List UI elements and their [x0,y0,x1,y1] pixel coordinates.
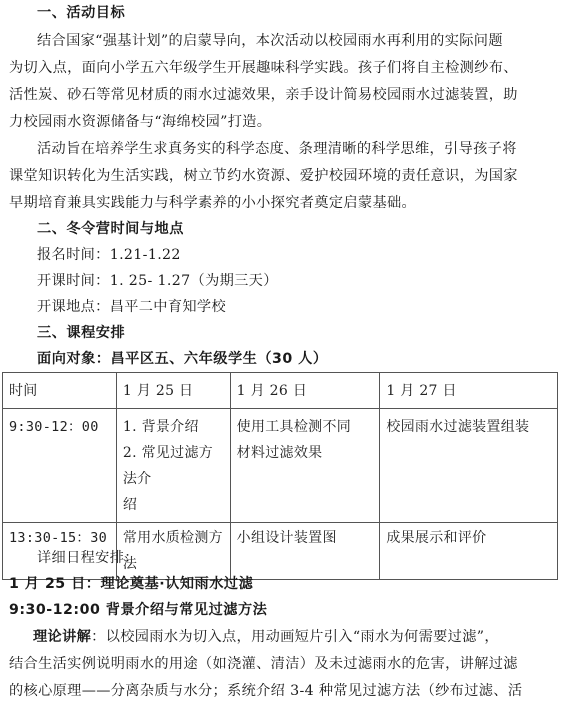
paragraph-line: 活性炭、砂石等常见材质的雨水过滤效果，亲手设计简易校园雨水过滤装置，助 [9,85,518,105]
paragraph-line: 早期培育兼具实践能力与科学素养的小小探究者奠定启蒙基础。 [9,193,416,213]
detail-intro: 详细日程安排： [37,548,139,568]
theory-paragraph-line: 理论讲解：以校园雨水为切入点，用动画短片引入“雨水为何需要过滤”， [33,627,499,647]
cell-line: 校园雨水过滤装置组装 [386,414,551,440]
paragraph-line: 活动旨在培养学生求真务实的科学态度、条理清晰的科学思维，引导孩子将 [37,139,517,159]
theory-label: 理论讲解 [33,629,91,645]
paragraph-line: 结合国家“强基计划”的启蒙导向，本次活动以校园雨水再利用的实际问题 [37,31,503,51]
session1-title: 9:30-12:00 背景介绍与常见过滤方法 [9,600,267,620]
theory-text: ：以校园雨水为切入点，用动画短片引入“雨水为何需要过滤”， [91,629,499,645]
cell-line: 材料过滤效果 [237,440,374,466]
cell-jan25-am: 1. 背景介绍 2. 常见过滤方法介 绍 [116,409,230,523]
section-heading-schedule: 三、课程安排 [37,323,125,343]
day1-title: 1 月 25 日：理论奠基·认知雨水过滤 [9,574,253,594]
section-heading-goals: 一、活动目标 [37,3,125,23]
target-audience: 面向对象：昌平区五、六年级学生（30 人） [37,349,328,369]
paragraph-line: 课堂知识转化为生活实践，树立节约水资源、爱护校园环境的责任意识，为国家 [9,166,518,186]
cell-line: 使用工具检测不同 [237,414,374,440]
cell-line: 1. 背景介绍 [123,414,224,440]
cell-jan26-pm: 小组设计装置图 [230,523,380,580]
cell-line: 绍 [123,492,224,518]
cell-line: 2. 常见过滤方法介 [123,440,224,492]
cell-jan26-am: 使用工具检测不同 材料过滤效果 [230,409,380,523]
cell-jan27-am: 校园雨水过滤装置组装 [380,409,558,523]
header-cell-jan27: 1 月 27 日 [380,373,558,409]
registration-time: 报名时间：1.21-1.22 [37,245,181,265]
section-heading-time-place: 二、冬令营时间与地点 [37,219,184,239]
paragraph-line: 为切入点，面向小学五六年级学生开展趣味科学实践。孩子们将自主检测纱布、 [9,58,518,78]
paragraph-line: 力校园雨水资源储备与“海绵校园”打造。 [9,112,271,132]
paragraph-line: 的核心原理——分离杂质与水分；系统介绍 3-4 种常见过滤方法（纱布过滤、活 [9,681,522,701]
header-cell-jan25: 1 月 25 日 [116,373,230,409]
class-time: 开课时间：1. 25- 1.27（为期三天） [37,271,278,291]
header-cell-jan26: 1 月 26 日 [230,373,380,409]
table-row-morning: 9:30-12：00 1. 背景介绍 2. 常见过滤方法介 绍 使用工具检测不同… [3,409,558,523]
class-location: 开课地点：昌平二中育知学校 [37,297,226,317]
paragraph-line: 结合生活实例说明雨水的用途（如浇灌、清洁）及未过滤雨水的危害，讲解过滤 [9,654,518,674]
table-header-row: 时间 1 月 25 日 1 月 26 日 1 月 27 日 [3,373,558,409]
cell-jan27-pm: 成果展示和评价 [380,523,558,580]
time-cell: 9:30-12：00 [3,409,117,523]
header-cell-time: 时间 [3,373,117,409]
